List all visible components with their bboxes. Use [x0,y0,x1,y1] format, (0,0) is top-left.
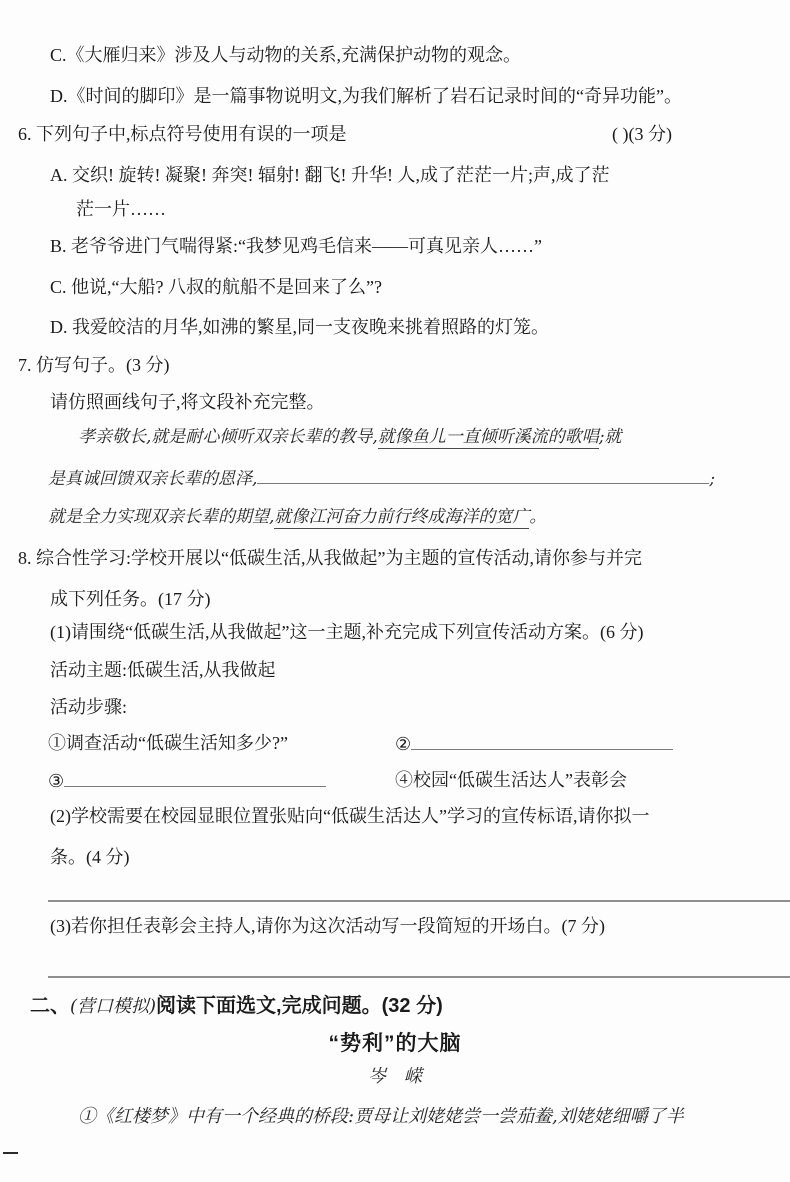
q6-option-d: D. 我爱皎洁的月华,如沸的繁星,同一支夜晚来挑着照路的灯笼。 [50,316,549,339]
q8-number: 8. [18,548,32,568]
q8-task2-line2: 条。(4 分) [50,846,130,869]
q8-step1: ①调查活动“低碳生活知多少?” [48,732,288,755]
q5-option-c: C.《大雁归来》涉及人与动物的关系,充满保护动物的观念。 [50,44,521,67]
section2-number: 二、 [30,995,70,1017]
q7-title-line: 7. 仿写句子。(3 分) [18,354,170,377]
q7-passage-line3-text: 就是全力实现双亲长辈的期望, [48,507,274,527]
q7-underlined-model-sentence-1: 就像鱼儿一直倾听溪流的歌唱 [378,427,599,449]
q7-passage-line1-text: 孝亲敬长,就是耐心倾听双亲长辈的教导, [78,427,378,447]
q8-step2: ② [395,732,673,756]
answer-area-divider-bottom [48,976,790,978]
q8-step2-blank [411,732,673,750]
q7-fill-in-blank [257,467,709,484]
q7-passage-line3: 就是全力实现双亲长辈的期望,就像江河奋力前行终成海洋的宽广。 [48,507,546,528]
q6-option-c: C. 他说,“大船? 八叔的航船不是回来了么”? [50,276,382,299]
article-paragraph-1: ①《红楼梦》中有一个经典的桥段:贾母让刘姥姥尝一尝茄鲞,刘姥姥细嚼了半 [78,1106,684,1129]
q8-step3-blank [64,769,326,787]
q8-task2-line1: (2)学校需要在校园显眼位置张贴向“低碳生活达人”学习的宣传标语,请你拟一 [50,805,649,828]
q8-stem-line2: 成下列任务。(17 分) [50,588,211,611]
q8-activity-theme: 活动主题:低碳生活,从我做起 [50,659,276,682]
q7-passage-line1: 孝亲敬长,就是耐心倾听双亲长辈的教导,就像鱼儿一直倾听溪流的歌唱;就 [78,427,622,448]
q7-number: 7. [18,355,32,375]
page-edge-mark [3,1152,18,1154]
q7-passage-line3-tail: 。 [529,507,546,527]
section2-source-tag: (营口模拟) [70,996,156,1017]
q8-step3: ③ [48,769,326,793]
q7-underlined-model-sentence-2: 就像江河奋力前行终成海洋的宽广 [274,507,529,529]
q7-passage-line2: 是真诚回馈双亲长辈的恩泽,; [48,467,715,490]
article-author: 岑 嵘 [0,1066,790,1089]
q8-stem-line1: 8. 综合性学习:学校开展以“低碳生活,从我做起”为主题的宣传活动,请你参与并完 [18,547,642,570]
q6-answer-bracket: ( )(3 分) [612,123,672,146]
section2-instruction: 阅读下面选文,完成问题。 [156,995,382,1017]
q7-passage-line1-tail: ;就 [599,427,622,447]
q8-stem-text: 综合性学习:学校开展以“低碳生活,从我做起”为主题的宣传活动,请你参与并完 [36,548,642,568]
section2-points: (32 分) [382,995,443,1017]
exam-page: C.《大雁归来》涉及人与动物的关系,充满保护动物的观念。 D.《时间的脚印》是一… [0,0,790,1182]
q6-stem-line: 6. 下列句子中,标点符号使用有误的一项是 [18,123,347,146]
q6-stem: 下列句子中,标点符号使用有误的一项是 [36,124,347,144]
answer-area-divider-top [48,900,790,902]
q7-passage-line2-text: 是真诚回馈双亲长辈的恩泽, [48,469,257,489]
q8-activity-steps-label: 活动步骤: [50,696,127,719]
q6-option-a-line2: 茫一片…… [76,198,166,221]
q8-task3: (3)若你担任表彰会主持人,请你为这次活动写一段简短的开场白。(7 分) [50,915,605,938]
q8-task1: (1)请围绕“低碳生活,从我做起”这一主题,补充完成下列宣传活动方案。(6 分) [50,621,643,644]
q6-option-b: B. 老爷爷进门气喘得紧:“我梦见鸡毛信来——可真见亲人……” [50,235,542,258]
q7-passage-line2-tail: ; [709,469,715,489]
q7-instruction: 请仿照画线句子,将文段补充完整。 [50,391,325,414]
q5-option-d: D.《时间的脚印》是一篇事物说明文,为我们解析了岩石记录时间的“奇异功能”。 [50,85,682,108]
q6-option-a-line1: A. 交织! 旋转! 凝聚! 奔突! 辐射! 翻飞! 升华! 人,成了茫茫一片;… [50,164,609,187]
q6-number: 6. [18,124,32,144]
q8-step3-prefix: ③ [48,771,64,791]
q8-step4: ④校园“低碳生活达人”表彰会 [395,769,627,792]
article-title: “势利”的大脑 [0,1031,790,1057]
q7-title: 仿写句子。(3 分) [36,355,170,375]
q8-step2-prefix: ② [395,734,411,754]
section2-header: 二、(营口模拟)阅读下面选文,完成问题。(32 分) [30,994,443,1019]
